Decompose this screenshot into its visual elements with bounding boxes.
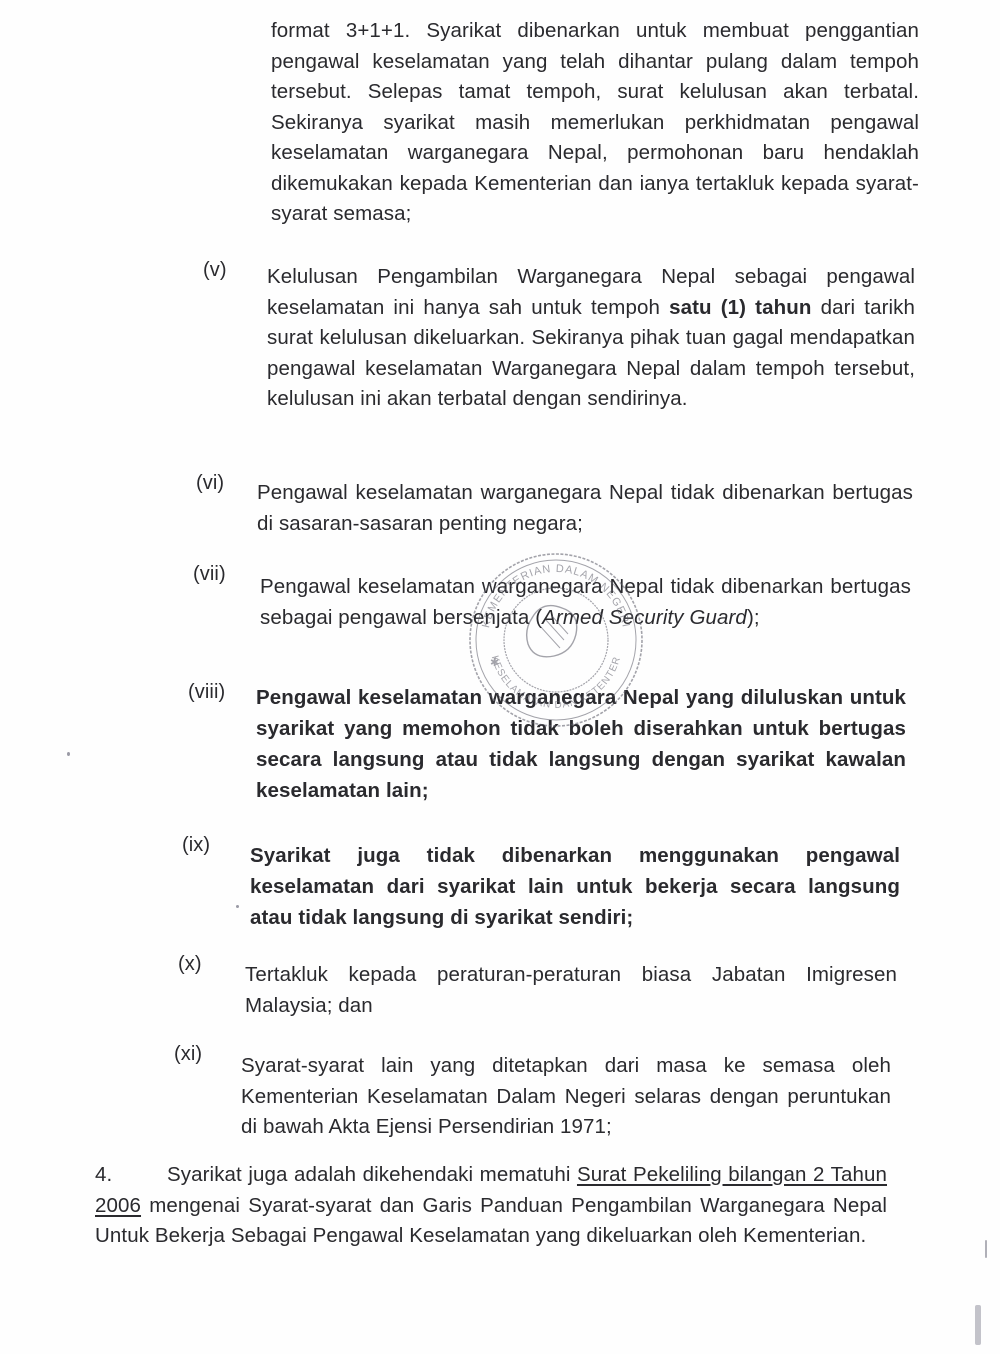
item-vi-text: Pengawal keselamatan warganegara Nepal t…	[257, 478, 913, 539]
item-vii-text: Pengawal keselamatan warganegara Nepal t…	[260, 572, 911, 633]
item-vii-text-italic: Armed Security Guard	[542, 606, 747, 629]
document-page: format 3+1+1. Syarikat dibenarkan untuk …	[0, 0, 1000, 1354]
item-x-text: Tertakluk kepada peraturan-peraturan bia…	[245, 960, 897, 1021]
section-4-text: 4.Syarikat juga adalah dikehendaki memat…	[95, 1160, 887, 1252]
item-number-v: (v)	[203, 259, 227, 282]
item-ix-text: Syarikat juga tidak dibenarkan menggunak…	[250, 840, 900, 933]
item-v-text: Kelulusan Pengambilan Warganegara Nepal …	[267, 262, 915, 415]
scan-speck	[67, 752, 70, 756]
item-number-x: (x)	[178, 953, 202, 976]
item-number-xi: (xi)	[174, 1043, 202, 1066]
scan-speck	[236, 905, 239, 908]
item-xi-text: Syarat-syarat lain yang ditetapkan dari …	[241, 1051, 891, 1143]
item-iv-continuation: format 3+1+1. Syarikat dibenarkan untuk …	[271, 16, 919, 230]
section-4-text-before: Syarikat juga adalah dikehendaki mematuh…	[167, 1163, 577, 1186]
item-viii-text: Pengawal keselamatan warganegara Nepal y…	[256, 682, 906, 806]
item-number-vii: (vii)	[193, 563, 226, 586]
item-number-vi: (vi)	[196, 472, 224, 495]
scan-speck	[985, 1240, 987, 1258]
item-number-viii: (viii)	[188, 681, 225, 704]
svg-text:✱: ✱	[490, 657, 499, 669]
scan-speck	[975, 1305, 981, 1345]
section-4-number: 4.	[95, 1160, 167, 1191]
item-v-text-bold: satu (1) tahun	[669, 296, 811, 319]
item-number-ix: (ix)	[182, 834, 210, 857]
item-vii-text-after: );	[747, 606, 760, 629]
section-4-text-after: mengenai Syarat-syarat dan Garis Panduan…	[95, 1194, 887, 1248]
